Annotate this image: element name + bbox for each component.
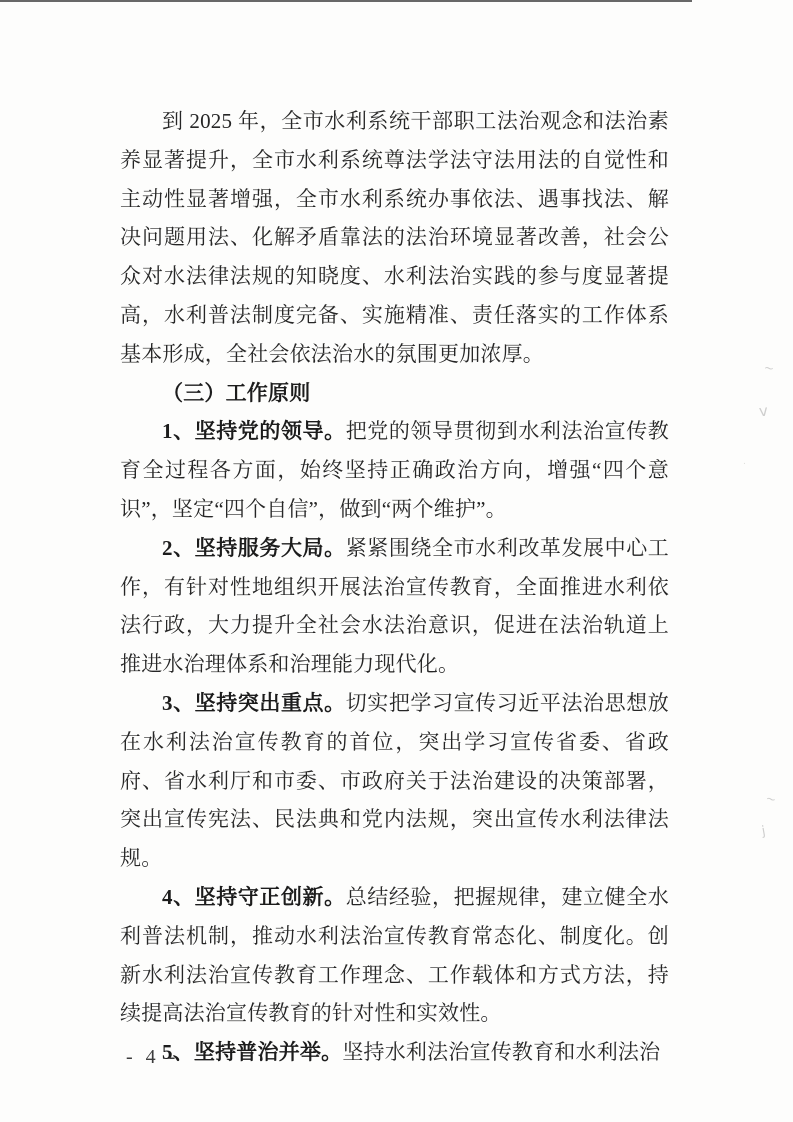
principle-5-text: 坚持水利法治宣传教育和水利法治	[342, 1040, 660, 1064]
section-heading-work-principles: （三）工作原则	[120, 374, 669, 413]
principle-item-3: 3、坚持突出重点。切实把学习宣传习近平法治思想放在水利法治宣传教育的首位，突出学…	[120, 684, 669, 878]
page-number: - 4 -	[126, 1046, 179, 1069]
principle-1-lead: 1、坚持党的领导。	[162, 419, 346, 443]
scan-smudge-artifact: .	[743, 456, 746, 468]
principle-4-lead: 4、坚持守正创新。	[162, 885, 346, 909]
scan-edge-artifact	[0, 0, 692, 2]
scan-smudge-artifact: v	[758, 405, 768, 418]
principle-item-4: 4、坚持守正创新。总结经验，把握规律，建立健全水利普法机制，推动水利法治宣传教育…	[120, 878, 669, 1033]
paragraph-2025-goals: 到 2025 年，全市水利系统干部职工法治观念和法治素养显著提升，全市水利系统尊…	[120, 102, 669, 374]
principle-5-lead: 5、坚持普治并举。	[162, 1040, 342, 1064]
principle-2-lead: 2、坚持服务大局。	[162, 536, 346, 560]
principle-item-5: 5、坚持普治并举。坚持水利法治宣传教育和水利法治	[120, 1033, 669, 1072]
principle-3-lead: 3、坚持突出重点。	[162, 691, 346, 715]
document-page: 到 2025 年，全市水利系统干部职工法治观念和法治素养显著提升，全市水利系统尊…	[0, 0, 793, 1122]
principle-item-1: 1、坚持党的领导。把党的领导贯彻到水利法治宣传教育全过程各方面，始终坚持正确政治…	[120, 412, 669, 528]
document-content: 到 2025 年，全市水利系统干部职工法治观念和法治素养显著提升，全市水利系统尊…	[120, 102, 669, 1072]
scan-smudge-artifact: ~	[763, 361, 775, 375]
scan-smudge-artifact: ~	[765, 792, 778, 806]
principle-item-2: 2、坚持服务大局。紧紧围绕全市水利改革发展中心工作，有针对性地组织开展法治宣传教…	[120, 529, 669, 684]
principle-3-text: 切实把学习宣传习近平法治思想放在水利法治宣传教育的首位，突出学习宣传省委、省政府…	[120, 691, 669, 870]
scan-smudge-artifact: j	[761, 826, 767, 838]
